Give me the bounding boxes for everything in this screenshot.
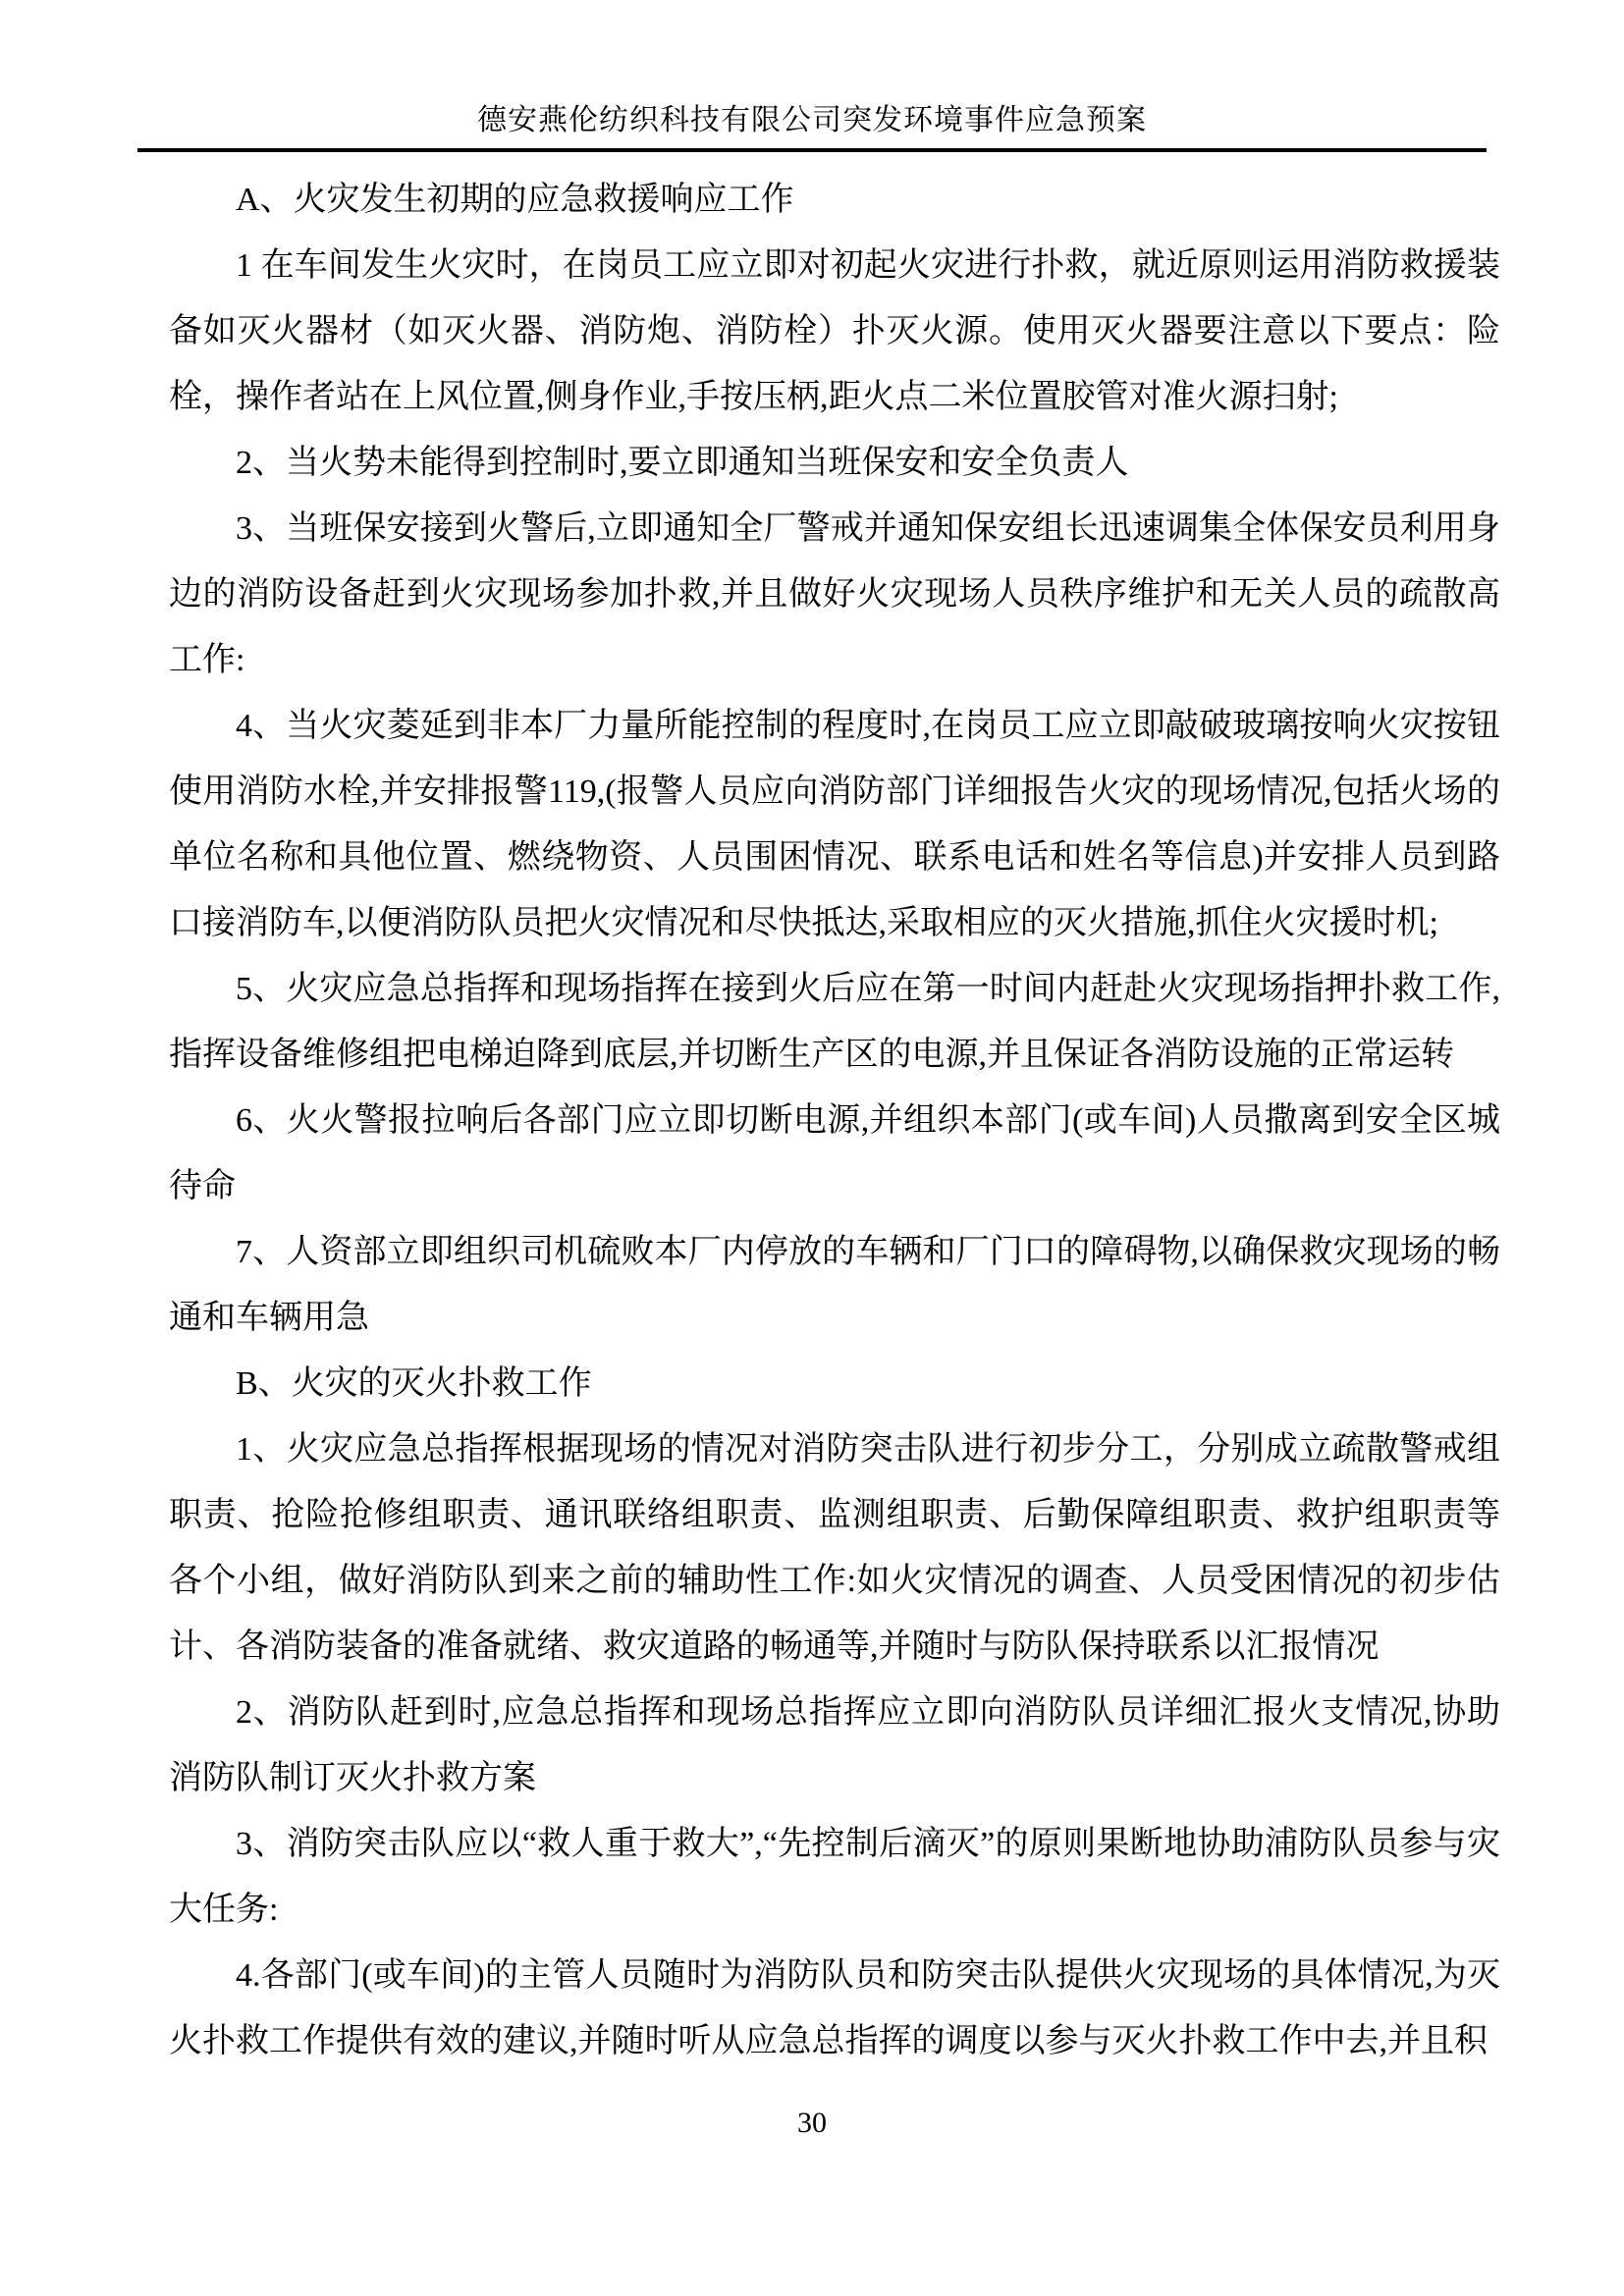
- section-heading-b: B、火灾的灭火扑救工作: [169, 1351, 1500, 1416]
- document-page: 德安燕伦纺织科技有限公司突发环境事件应急预案 A、火灾发生初期的应急救援响应工作…: [0, 0, 1624, 2296]
- paragraph: 3、消防突击队应以“救人重于救大”,“先控制后滴灭”的原则果断地协助浦防队员参与…: [169, 1811, 1500, 1943]
- paragraph: 5、火灾应急总指挥和现场指挥在接到火后应在第一时间内赶赴火灾现场指押扑救工作,指…: [169, 956, 1500, 1088]
- document-body: A、火灾发生初期的应急救援响应工作 1 在车间发生火灾时，在岗员工应立即对初起火…: [169, 167, 1500, 2074]
- paragraph: 1 在车间发生火灾时，在岗员工应立即对初起火灾进行扑救，就近原则运用消防救援装备…: [169, 233, 1500, 430]
- header-divider: [137, 148, 1487, 152]
- page-number: 30: [797, 2107, 827, 2139]
- paragraph: 2、当火势未能得到控制时,要立即通知当班保安和安全负责人: [169, 430, 1500, 496]
- paragraph: 3、当班保安接到火警后,立即通知全厂警戒并通知保安组长迅速调集全体保安员利用身边…: [169, 496, 1500, 693]
- paragraph: 7、人资部立即组织司机硫败本厂内停放的车辆和厂门口的障碍物,以确保救灾现场的畅通…: [169, 1219, 1500, 1351]
- paragraph: 4、当火灾菱延到非本厂力量所能控制的程度时,在岗员工应立即敲破玻璃按响火灾按钮使…: [169, 693, 1500, 956]
- page-header: 德安燕伦纺织科技有限公司突发环境事件应急预案: [137, 102, 1487, 152]
- paragraph: 2、消防队赶到时,应急总指挥和现场总指挥应立即向消防队员详细汇报火支情况,协助消…: [169, 1680, 1500, 1811]
- page-footer: 30: [0, 2104, 1624, 2143]
- section-heading-a: A、火灾发生初期的应急救援响应工作: [169, 167, 1500, 233]
- paragraph: 4.各部门(或车间)的主管人员随时为消防队员和防突击队提供火灾现场的具体情况,为…: [169, 1943, 1500, 2074]
- paragraph: 1、火灾应急总指挥根据现场的情况对消防突击队进行初步分工，分别成立疏散警戒组职责…: [169, 1416, 1500, 1680]
- paragraph: 6、火火警报拉响后各部门应立即切断电源,并组织本部门(或车间)人员撒离到安全区城…: [169, 1088, 1500, 1219]
- header-title: 德安燕伦纺织科技有限公司突发环境事件应急预案: [137, 102, 1487, 139]
